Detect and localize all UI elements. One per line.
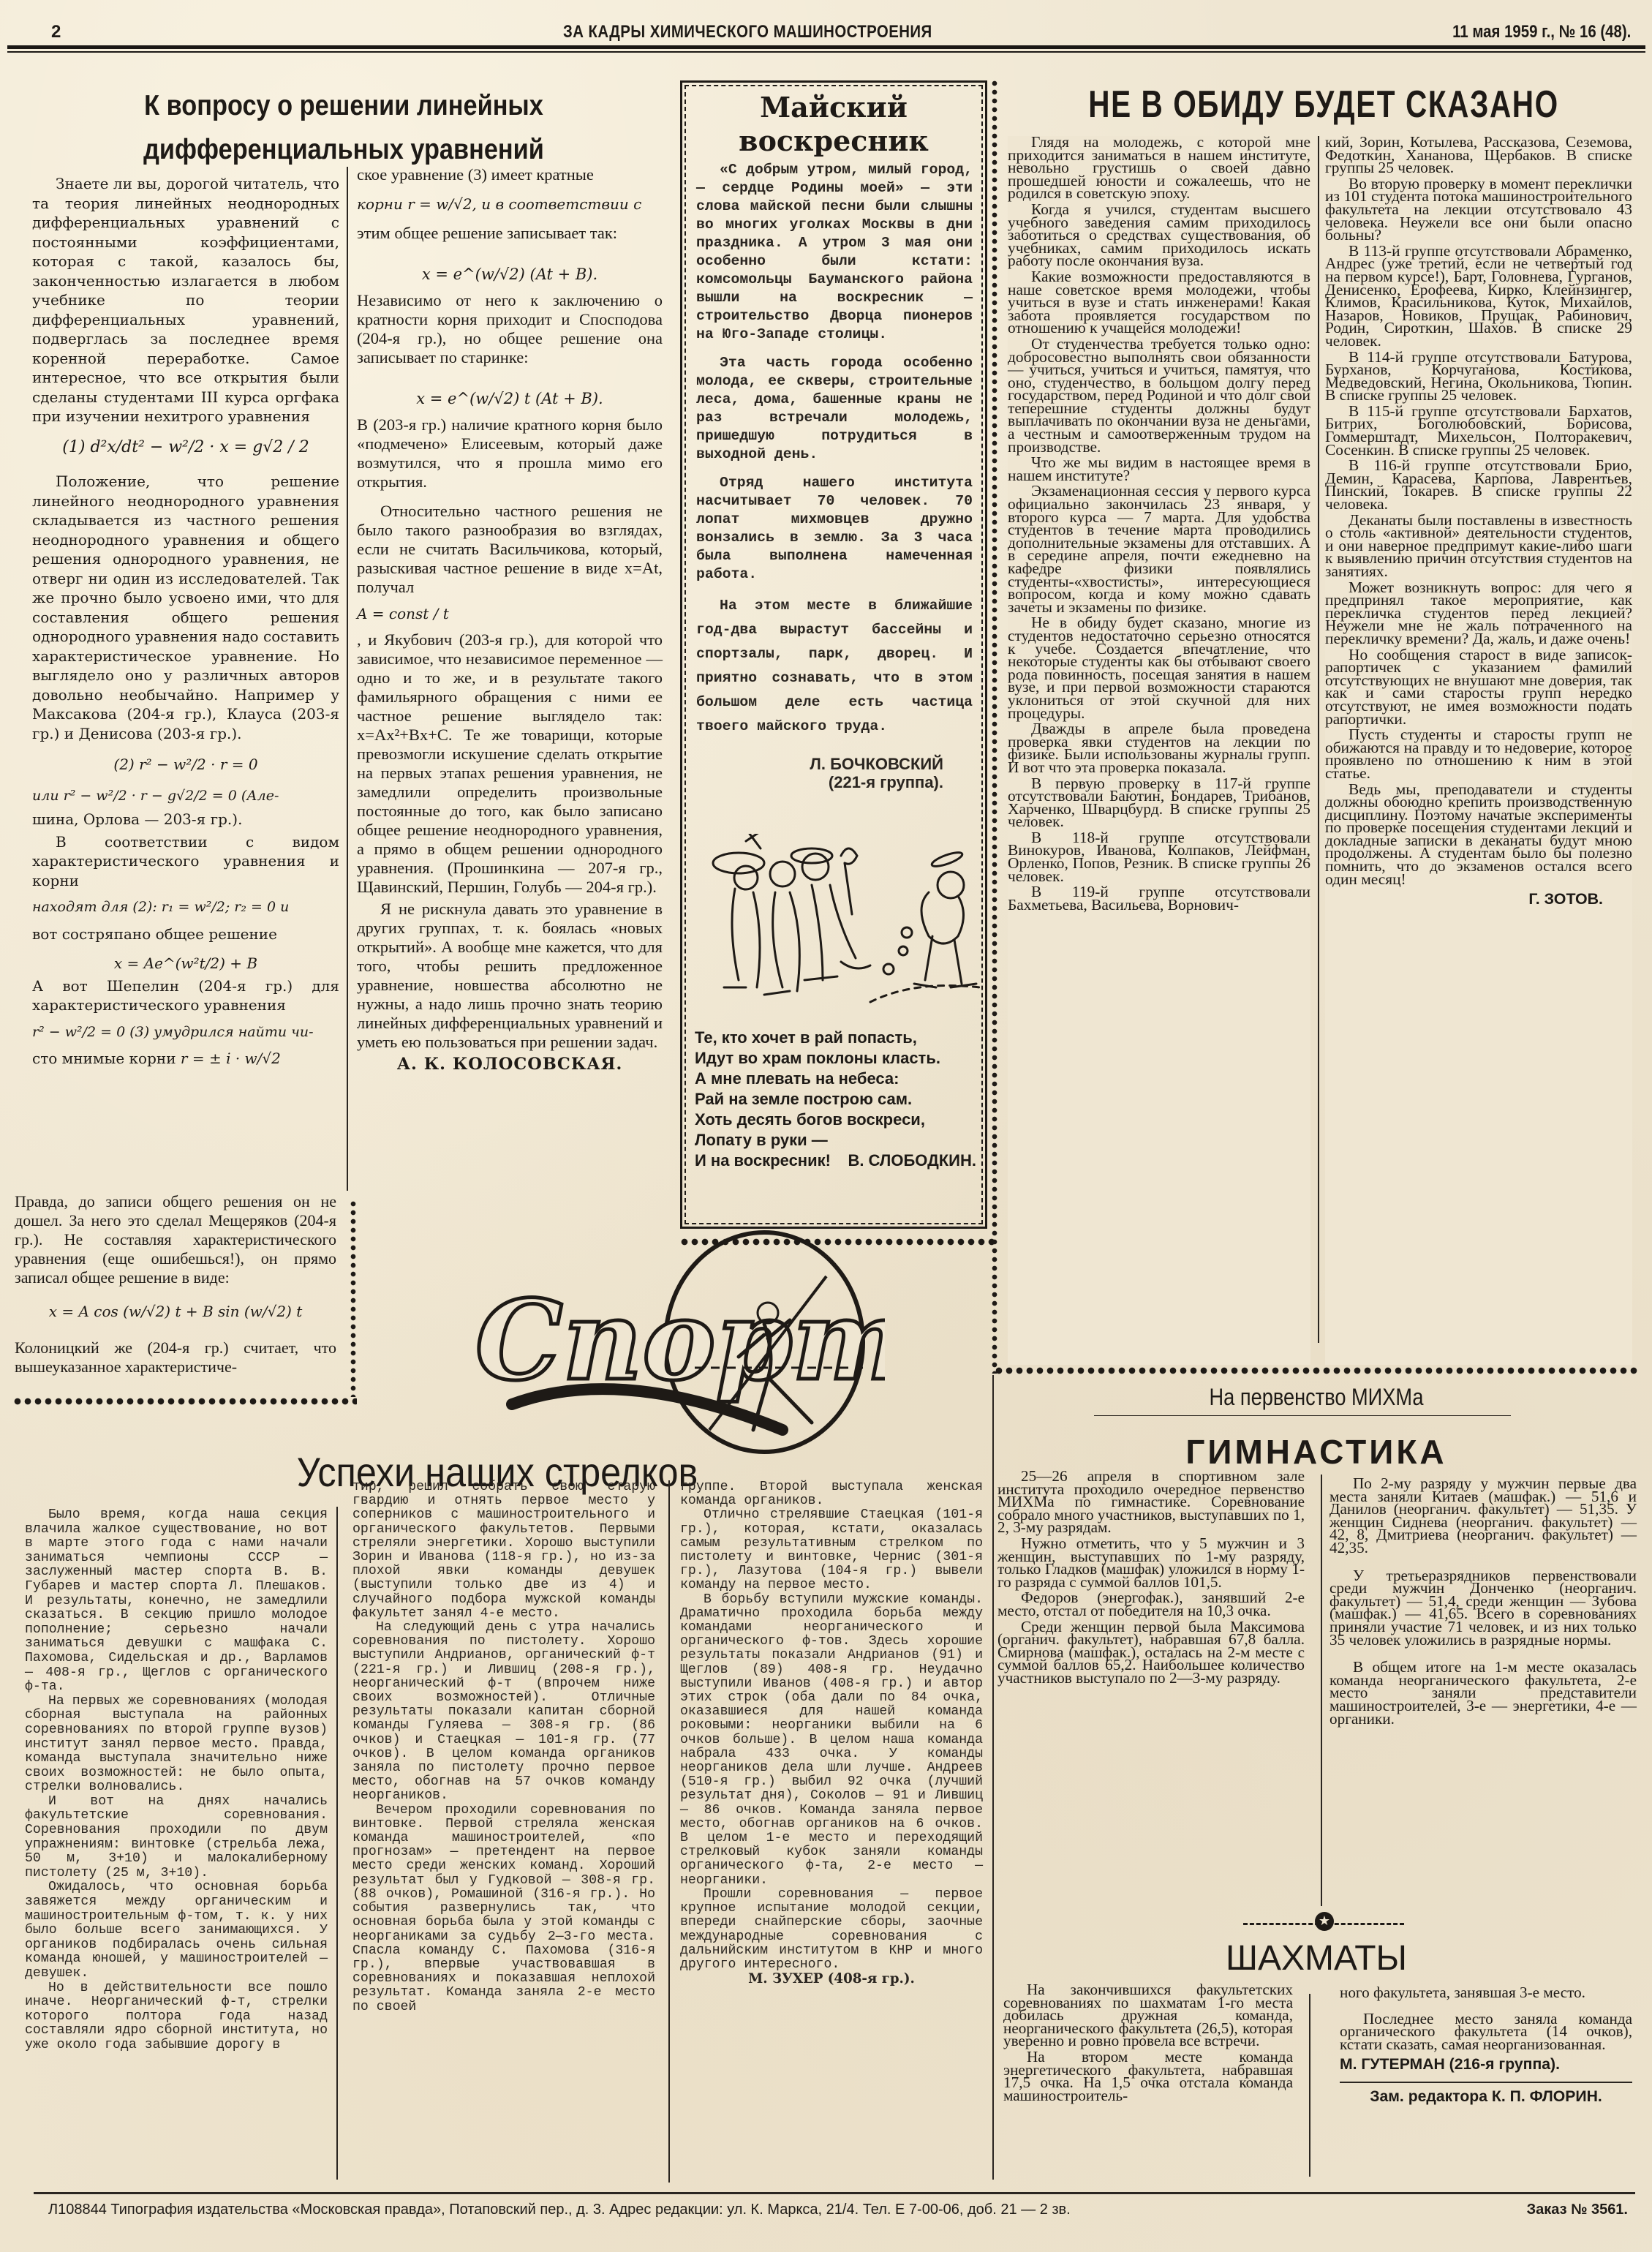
formula-const: A = const / t bbox=[357, 604, 663, 623]
paragraph: Последнее место заняла команда органичес… bbox=[1340, 2013, 1632, 2052]
paragraph: Эта часть города особенно молода, ее скв… bbox=[696, 354, 973, 464]
paragraph: , и Якубович (203-я гр.), для которой чт… bbox=[357, 630, 663, 897]
math-article-col1-bottom: Правда, до записи общего решения он не д… bbox=[15, 1192, 336, 1379]
formula-trig: x = A cos (w/√2) t + B sin (w/√2) t bbox=[15, 1302, 336, 1321]
paragraph: кий, Зорин, Котылева, Рассказова, Сеземо… bbox=[1325, 136, 1632, 175]
title-line: К вопросу о решении линейных bbox=[61, 84, 627, 128]
paragraph: По 2-му разряду у мужчин первые два мест… bbox=[1329, 1477, 1637, 1555]
math-article-col1: Знаете ли вы, дорогой читатель, что та т… bbox=[32, 174, 339, 1076]
paragraph: Но сообщения старост в виде записок-рапо… bbox=[1325, 649, 1632, 726]
offense-col2-full: кий, Зорин, Котылева, Рассказова, Сеземо… bbox=[1325, 136, 1632, 1365]
paragraph: «С добрым утром, милый город, — сердце Р… bbox=[696, 161, 973, 344]
footer: Л108844 Типография издательства «Московс… bbox=[48, 2202, 1628, 2218]
poem: Те, кто хочет в рай попасть, Идут во хра… bbox=[695, 1028, 976, 1171]
paragraph: шина, Орлова — 203-я гр.). bbox=[32, 810, 339, 829]
paragraph: Я не рискнула давать это уравнение в дру… bbox=[357, 900, 663, 1052]
paragraph: Глядя на молодежь, с которой мне приходи… bbox=[1008, 136, 1310, 200]
paragraph: В первую проверку в 117-й группе отсутст… bbox=[1008, 777, 1310, 829]
poem-line: Рай на земле построю сам. bbox=[695, 1089, 976, 1110]
paragraph: группе. Второй выступала женская команда… bbox=[680, 1480, 983, 1508]
page-number: 2 bbox=[51, 22, 61, 42]
paragraph: В 118-й группе отсутствовали Винокуров, … bbox=[1008, 832, 1310, 883]
paragraph: Дважды в апреле была проведена проверка … bbox=[1008, 723, 1310, 774]
paragraph: Правда, до записи общего решения он не д… bbox=[15, 1192, 336, 1287]
gym-kicker: На первенство МИХМа bbox=[1043, 1384, 1590, 1411]
paragraph: Деканаты были поставлены в известность о… bbox=[1325, 514, 1632, 579]
column-divider bbox=[668, 1480, 670, 2183]
formula-3: r² − w²/2 = 0 (3) умудрился найти чи- bbox=[32, 1023, 339, 1042]
paragraph: Ожидалось, что основная борьба завяжется… bbox=[25, 1880, 328, 1981]
paragraph: В соответствии с видом характеристическо… bbox=[32, 832, 339, 891]
poem-line: Хоть десять богов воскреси, bbox=[695, 1110, 976, 1130]
poem-line: А мне плевать на небеса: bbox=[695, 1069, 976, 1089]
paragraph: А вот Шепелин (204-я гр.) для характерис… bbox=[32, 976, 339, 1015]
shooters-col1: Было время, когда наша секция влачила жа… bbox=[25, 1508, 328, 2053]
signature-group: (221-я группа). bbox=[696, 773, 943, 791]
section-divider: ★ bbox=[1243, 1916, 1404, 1931]
chess-col1: На закончившихся факультетских соревнова… bbox=[1003, 1984, 1293, 2105]
paragraph: Независимо от него к заключению о кратно… bbox=[357, 291, 663, 367]
formula-1: (1) d²x/dt² − w²/2 · x = g√2 / 2 bbox=[32, 438, 339, 458]
chess-col2: ного факультета, занявшая 3-е место. Пос… bbox=[1340, 1986, 1632, 2106]
formula-multiple-roots: корни r = w/√2, и в соответствии с bbox=[357, 195, 663, 214]
paragraph: Не в обиду будет сказано, многие из студ… bbox=[1008, 617, 1310, 720]
formula-2: (2) r² − w²/2 · r = 0 bbox=[32, 755, 339, 775]
signature: Г. ЗОТОВ. bbox=[1325, 893, 1632, 906]
paragraph: На следующий день с утра начались соревн… bbox=[352, 1621, 655, 1804]
paragraph: ское уравнение (3) имеет кратные bbox=[357, 165, 663, 184]
shooters-col2: тир, решил собрать свою старую гвардию и… bbox=[352, 1480, 655, 2014]
paragraph: В 119-й группе отсутствовали Бахметьева,… bbox=[1008, 886, 1310, 911]
signature: М. ЗУХЕР (408-я гр.). bbox=[680, 1972, 983, 1986]
editor-rule bbox=[1340, 2082, 1632, 2083]
signature: Л. БОЧКОВСКИЙ (221-я группа). bbox=[696, 755, 973, 791]
paragraph: Относительно частного решения не было та… bbox=[357, 502, 663, 597]
paragraph: тир, решил собрать свою старую гвардию и… bbox=[352, 1480, 655, 1621]
paragraph: И вот на днях начались факультетские сор… bbox=[25, 1795, 328, 1881]
formula-e2: x = e^(w/√2) t (At + B). bbox=[357, 389, 663, 408]
formula-roots: находят для (2): r₁ = w²/2; r₂ = 0 и bbox=[32, 897, 339, 917]
paragraph: В 115-й группе отсутствовали Бархатов, Б… bbox=[1325, 405, 1632, 456]
paragraph: Отряд нашего института насчитывает 70 че… bbox=[696, 474, 973, 584]
poem-line: Лопату в руки — bbox=[695, 1130, 976, 1151]
editor-credit: Зам. редактора К. П. ФЛОРИН. bbox=[1340, 2090, 1632, 2104]
column-divider bbox=[992, 1375, 994, 2180]
column-divider bbox=[1318, 136, 1319, 1343]
paragraph: Ведь мы, преподаватели и студенты должны… bbox=[1325, 783, 1632, 886]
paragraph: На этом месте в ближайшие год-два выраст… bbox=[696, 594, 973, 739]
shooters-col3: группе. Второй выступала женская команда… bbox=[680, 1480, 983, 1989]
paragraph: В 114-й группе отсутствовали Батурова, Б… bbox=[1325, 351, 1632, 402]
paragraph: На втором месте команда энергетического … bbox=[1003, 2051, 1293, 2102]
paragraph: На закончившихся факультетских соревнова… bbox=[1003, 1984, 1293, 2048]
title-line: воскресник bbox=[687, 124, 980, 158]
paragraph: Вечером проходили соревнования по винтов… bbox=[352, 1804, 655, 2014]
sport-logo: Спорт bbox=[431, 1210, 885, 1459]
paragraph: Нужно отметить, что у 5 мужчин и 3 женщи… bbox=[997, 1537, 1305, 1589]
issue-date: 11 мая 1959 г., № 16 (48). bbox=[1452, 22, 1631, 42]
paragraph: Но в действительности все пошло иначе. Н… bbox=[25, 1981, 328, 2053]
paragraph: Какие возможности предоставляются в наше… bbox=[1008, 271, 1310, 335]
paragraph: Прошли соревнования — первое крупное исп… bbox=[680, 1888, 983, 1972]
paragraph: Что же мы видим в настоящее время в наше… bbox=[1008, 456, 1310, 482]
paragraph: Пусть студенты и старосты групп не обижа… bbox=[1325, 728, 1632, 780]
may-article-body: «С добрым утром, милый город, — сердце Р… bbox=[696, 161, 973, 791]
paragraph: В борьбу вступили мужские команды. Драма… bbox=[680, 1593, 983, 1888]
paragraph: этим общее решение записывает так: bbox=[357, 224, 663, 243]
poem-line: Идут во храм поклоны класть. bbox=[695, 1048, 976, 1069]
newspaper-title: ЗА КАДРЫ ХИМИЧЕСКОГО МАШИНОСТРОЕНИЯ bbox=[563, 22, 932, 42]
offense-article-title: НЕ В ОБИДУ БУДЕТ СКАЗАНО bbox=[1079, 79, 1569, 130]
signature: М. ГУТЕРМАН (216-я группа). bbox=[1340, 2058, 1632, 2071]
formula-text: A = const / t bbox=[357, 605, 449, 622]
formula-2b: или r² − w²/2 · r − g√2/2 = 0 (Але- bbox=[32, 786, 339, 806]
svg-text:Спорт: Спорт bbox=[475, 1276, 885, 1405]
paragraph: вот состряпано общее решение bbox=[32, 924, 339, 944]
paragraph: Федоров (энергофак.), занявший 2-е место… bbox=[997, 1592, 1305, 1617]
paragraph: ного факультета, занявшая 3-е место. bbox=[1340, 1986, 1632, 2000]
star-icon: ★ bbox=[1315, 1912, 1334, 1931]
kicker-underline bbox=[1094, 1415, 1511, 1416]
paragraph: В 113-й группе отсутствовали Абраменко, … bbox=[1325, 245, 1632, 348]
paragraph: 25—26 апреля в спортивном зале института… bbox=[997, 1470, 1305, 1534]
math-article-title: К вопросу о решении линейных дифференциа… bbox=[61, 84, 627, 172]
formula-imag: r = ± i · w/√2 bbox=[181, 1050, 281, 1067]
paragraph: На первых же соревнованиях (молодая сбор… bbox=[25, 1695, 328, 1795]
paragraph: Положение, что решение линейного неоднор… bbox=[32, 472, 339, 743]
paragraph: Колоницкий же (204-я гр.) считает, что в… bbox=[15, 1338, 336, 1377]
poem-line: И на воскресник! bbox=[695, 1151, 831, 1171]
may-article-title: Майский воскресник bbox=[687, 91, 980, 158]
paragraph: От студенчества требуется только одно: д… bbox=[1008, 338, 1310, 453]
masthead-rule bbox=[7, 45, 1645, 53]
chess-title: ШАХМАТЫ bbox=[995, 1935, 1638, 1982]
column-divider bbox=[1309, 1994, 1310, 2177]
border-wavy bbox=[13, 1397, 357, 1406]
offense-col1-full: Глядя на молодежь, с которой мне приходи… bbox=[1008, 136, 1310, 1365]
paragraph: В (203-я гр.) наличие кратного корня был… bbox=[357, 415, 663, 492]
imprint: Л108844 Типография издательства «Московс… bbox=[48, 2202, 1071, 2218]
footer-rule bbox=[34, 2192, 1635, 2194]
formula-e1: x = e^(w/√2) (At + B). bbox=[357, 265, 663, 284]
imaginary-roots-line: сто мнимые корни r = ± i · w/√2 bbox=[32, 1049, 339, 1069]
gym-col2: По 2-му разряду у мужчин первые два мест… bbox=[1329, 1477, 1637, 1728]
math-article-col2: ское уравнение (3) имеет кратные корни r… bbox=[357, 165, 663, 1077]
gym-col1: 25—26 апреля в спортивном зале института… bbox=[997, 1470, 1305, 1688]
border-wavy bbox=[991, 79, 998, 1374]
column-divider bbox=[347, 167, 348, 1191]
paragraph: Может возникнуть вопрос: для чего я пред… bbox=[1325, 581, 1632, 646]
paragraph: Экзаменационная сессия у первого курса о… bbox=[1008, 485, 1310, 614]
paragraph: Среди женщин первой была Максимова (орга… bbox=[997, 1621, 1305, 1685]
formula-general: x = Ae^(w²t/2) + B bbox=[32, 954, 339, 974]
title-line: Майский bbox=[687, 91, 980, 124]
paragraph: У третьеразрядников первенствовали среди… bbox=[1329, 1570, 1637, 1647]
paragraph: В 116-й группе отсутствовали Брио, Демин… bbox=[1325, 459, 1632, 511]
cartoon-illustration bbox=[695, 834, 980, 1009]
paragraph: Когда я учился, студентам высшего учебно… bbox=[1008, 203, 1310, 268]
column-divider bbox=[1321, 1475, 1322, 1906]
border-wavy bbox=[350, 1200, 357, 1397]
paragraph: Отлично стрелявшие Стаецкая (101-я гр.),… bbox=[680, 1508, 983, 1592]
column-divider bbox=[336, 1507, 338, 2180]
signature-name: Л. БОЧКОВСКИЙ bbox=[696, 755, 943, 773]
poem-signature: В. СЛОБОДКИН. bbox=[848, 1151, 976, 1171]
paragraph: Во вторую проверку в момент переклички и… bbox=[1325, 178, 1632, 242]
signature: А. К. КОЛОСОВСКАЯ. bbox=[357, 1055, 663, 1074]
poem-line: Те, кто хочет в рай попасть, bbox=[695, 1028, 976, 1048]
text: сто мнимые корни bbox=[32, 1050, 176, 1067]
paragraph: В общем итоге на 1-м месте оказалась ком… bbox=[1329, 1661, 1637, 1725]
paragraph: Было время, когда наша секция влачила жа… bbox=[25, 1508, 328, 1695]
paragraph: Знаете ли вы, дорогой читатель, что та т… bbox=[32, 174, 339, 426]
poem-line-last: И на воскресник! В. СЛОБОДКИН. bbox=[695, 1151, 976, 1171]
order-number: Заказ № 3561. bbox=[1527, 2202, 1628, 2218]
border-wavy bbox=[995, 1366, 1638, 1375]
